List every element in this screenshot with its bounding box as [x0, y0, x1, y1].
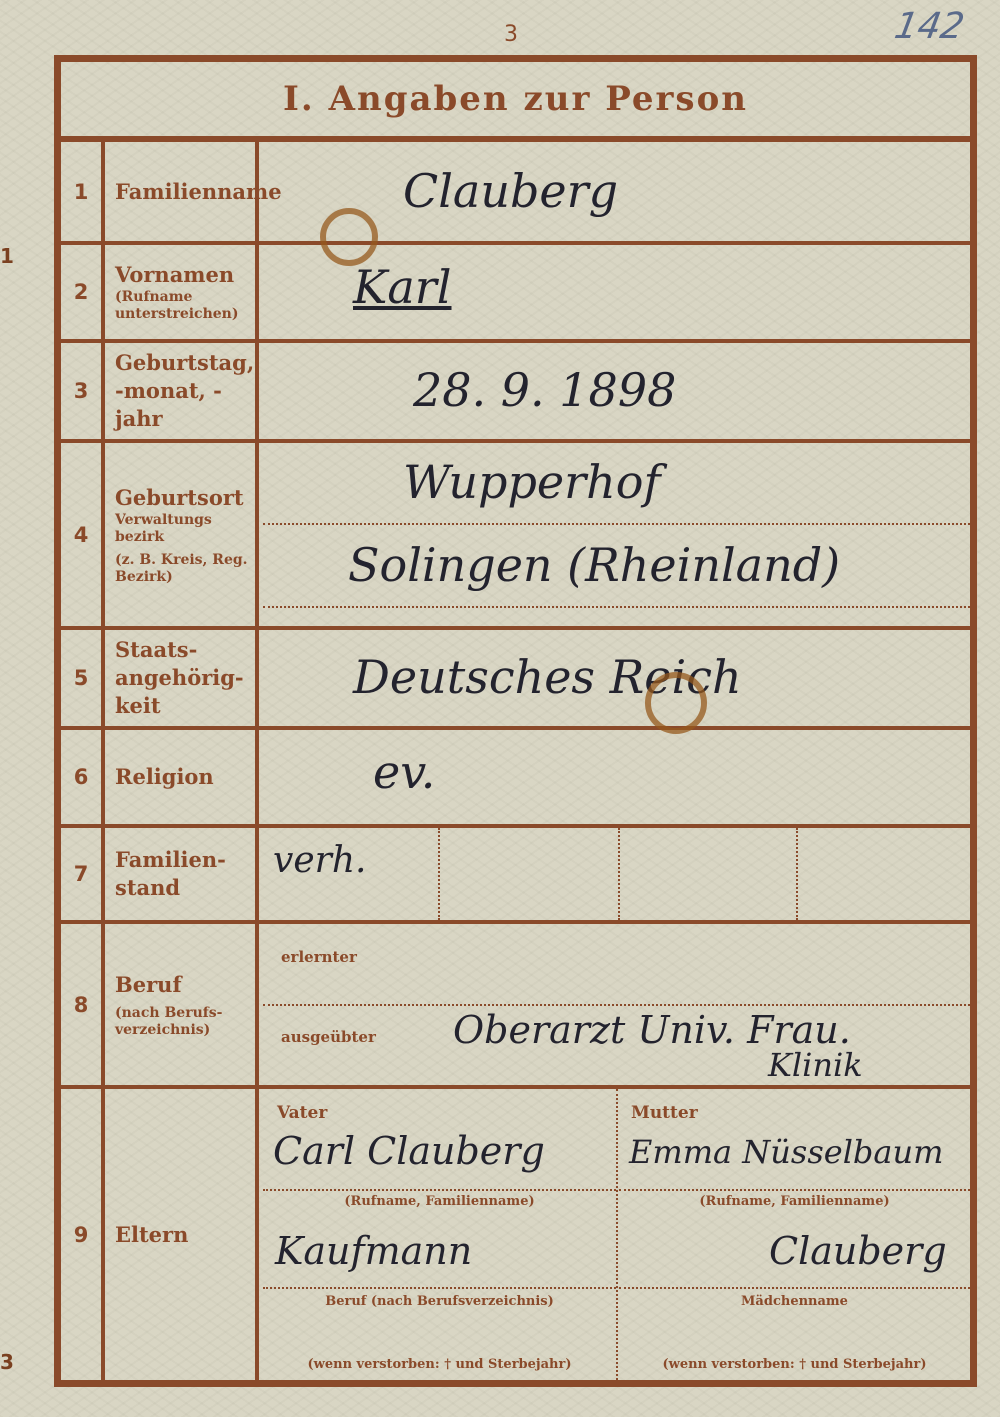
- label-main: Eltern: [115, 1221, 255, 1249]
- dotted-line: [619, 1189, 970, 1191]
- row-number: 3: [61, 343, 105, 439]
- father-name: Carl Clauberg: [273, 1129, 545, 1173]
- label-main: Staats- angehörig- keit: [115, 636, 255, 720]
- marital-status-field[interactable]: verh.: [263, 828, 970, 920]
- label-main: Beruf: [115, 971, 255, 999]
- mother-name-caption: (Rufname, Familienname): [619, 1194, 970, 1209]
- field-label: Vornamen (Rufname unterstreichen): [105, 245, 259, 339]
- dotted-line: [263, 1004, 970, 1006]
- edge-mark: 1: [0, 244, 14, 268]
- learned-label: erlernter: [281, 948, 357, 966]
- birth-date-field[interactable]: 28. 9. 1898: [263, 343, 970, 439]
- handwritten-value: Klinik: [768, 1046, 863, 1084]
- mother-heading: Mutter: [631, 1103, 698, 1123]
- father-name-caption: (Rufname, Familienname): [263, 1194, 616, 1209]
- dotted-line: [263, 606, 970, 608]
- row-number: 7: [61, 828, 105, 920]
- label-sub: (Rufname unterstreichen): [115, 289, 255, 323]
- father-occupation-caption: Beruf (nach Berufsverzeichnis): [263, 1294, 616, 1309]
- label-sub: Verwaltungs bezirk: [115, 512, 255, 546]
- field-label: Beruf (nach Berufs- verzeichnis): [105, 924, 259, 1085]
- handwritten-value: 28. 9. 1898: [413, 363, 676, 417]
- occupation-field[interactable]: erlernter ausgeübter Oberarzt Univ. Frau…: [263, 924, 970, 1085]
- row-occupation: 8 Beruf (nach Berufs- verzeichnis) erler…: [61, 924, 970, 1089]
- dotted-line: [263, 523, 970, 525]
- field-label: Geburtstag, -monat, -jahr: [105, 343, 259, 439]
- stain-mark: [645, 672, 707, 734]
- row-birth-place: 4 Geburtsort Verwaltungs bezirk (z. B. K…: [61, 443, 970, 630]
- row-number: 9: [61, 1089, 105, 1380]
- label-main: Geburtstag, -monat, -jahr: [115, 349, 255, 433]
- row-marital-status: 7 Familien- stand verh.: [61, 828, 970, 924]
- field-label: Eltern: [105, 1089, 259, 1380]
- father-section: Vater Carl Clauberg (Rufname, Familienna…: [263, 1089, 616, 1380]
- dotted-line: [263, 1189, 616, 1191]
- given-names-field[interactable]: Karl: [263, 245, 970, 339]
- dotted-line: [619, 1287, 970, 1289]
- field-label: Religion: [105, 730, 259, 824]
- row-citizenship: 5 Staats- angehörig- keit Deutsches Reic…: [61, 630, 970, 730]
- handwritten-value: Wupperhof: [403, 455, 661, 509]
- father-death-caption: (wenn verstorben: † und Sterbejahr): [263, 1357, 616, 1372]
- field-label: Staats- angehörig- keit: [105, 630, 259, 726]
- page-number: 3: [504, 22, 518, 47]
- row-number: 8: [61, 924, 105, 1085]
- field-label: Geburtsort Verwaltungs bezirk (z. B. Kre…: [105, 443, 259, 626]
- handwritten-value: ev.: [373, 745, 435, 799]
- handwritten-value: Solingen (Rheinland): [348, 538, 840, 592]
- handwritten-value: Karl: [353, 260, 452, 314]
- birth-place-field[interactable]: Wupperhof Solingen (Rheinland): [263, 443, 970, 626]
- mother-name: Emma Nüsselbaum: [629, 1133, 943, 1171]
- dotted-line: [263, 1287, 616, 1289]
- label-main: Geburtsort: [115, 484, 255, 512]
- field-label: Familien- stand: [105, 828, 259, 920]
- dotted-divider: [618, 828, 620, 920]
- father-heading: Vater: [277, 1103, 327, 1123]
- citizenship-field[interactable]: Deutsches Reich: [263, 630, 970, 726]
- label-main: Religion: [115, 763, 255, 791]
- row-number: 5: [61, 630, 105, 726]
- label-main: Familien- stand: [115, 846, 255, 902]
- row-birth-date: 3 Geburtstag, -monat, -jahr 28. 9. 1898: [61, 343, 970, 443]
- practiced-label: ausgeübter: [281, 1028, 376, 1046]
- form-title: I. Angaben zur Person: [61, 62, 970, 142]
- stain-mark: [320, 208, 378, 266]
- dotted-divider: [796, 828, 798, 920]
- row-given-names: 2 Vornamen (Rufname unterstreichen) Karl: [61, 245, 970, 343]
- row-family-name: 1 Familienname Clauberg: [61, 142, 970, 245]
- religion-field[interactable]: ev.: [263, 730, 970, 824]
- label-main: Familienname: [115, 178, 255, 206]
- dotted-divider: [616, 1089, 618, 1380]
- label-sub: (nach Berufs- verzeichnis): [115, 1005, 225, 1039]
- row-religion: 6 Religion ev.: [61, 730, 970, 828]
- handwritten-value: Clauberg: [403, 164, 618, 218]
- row-number: 4: [61, 443, 105, 626]
- parents-field[interactable]: Vater Carl Clauberg (Rufname, Familienna…: [263, 1089, 970, 1380]
- mother-maiden-name: Clauberg: [769, 1229, 947, 1273]
- personal-data-form: I. Angaben zur Person 1 Familienname Cla…: [54, 55, 977, 1387]
- label-main: Vornamen: [115, 261, 255, 289]
- row-parents: 9 Eltern Vater Carl Clauberg (Rufname, F…: [61, 1089, 970, 1380]
- field-label: Familienname: [105, 142, 259, 241]
- archive-number: 142: [891, 6, 967, 47]
- row-number: 2: [61, 245, 105, 339]
- label-sub: (z. B. Kreis, Reg. Bezirk): [115, 552, 255, 586]
- mother-death-caption: (wenn verstorben: † und Sterbejahr): [619, 1357, 970, 1372]
- mother-section: Mutter Emma Nüsselbaum (Rufname, Familie…: [619, 1089, 970, 1380]
- mother-maiden-caption: Mädchenname: [619, 1294, 970, 1309]
- handwritten-value: verh.: [273, 840, 366, 881]
- row-number: 6: [61, 730, 105, 824]
- edge-mark: 3: [0, 1350, 14, 1374]
- row-number: 1: [61, 142, 105, 241]
- father-occupation: Kaufmann: [275, 1229, 472, 1273]
- dotted-divider: [438, 828, 440, 920]
